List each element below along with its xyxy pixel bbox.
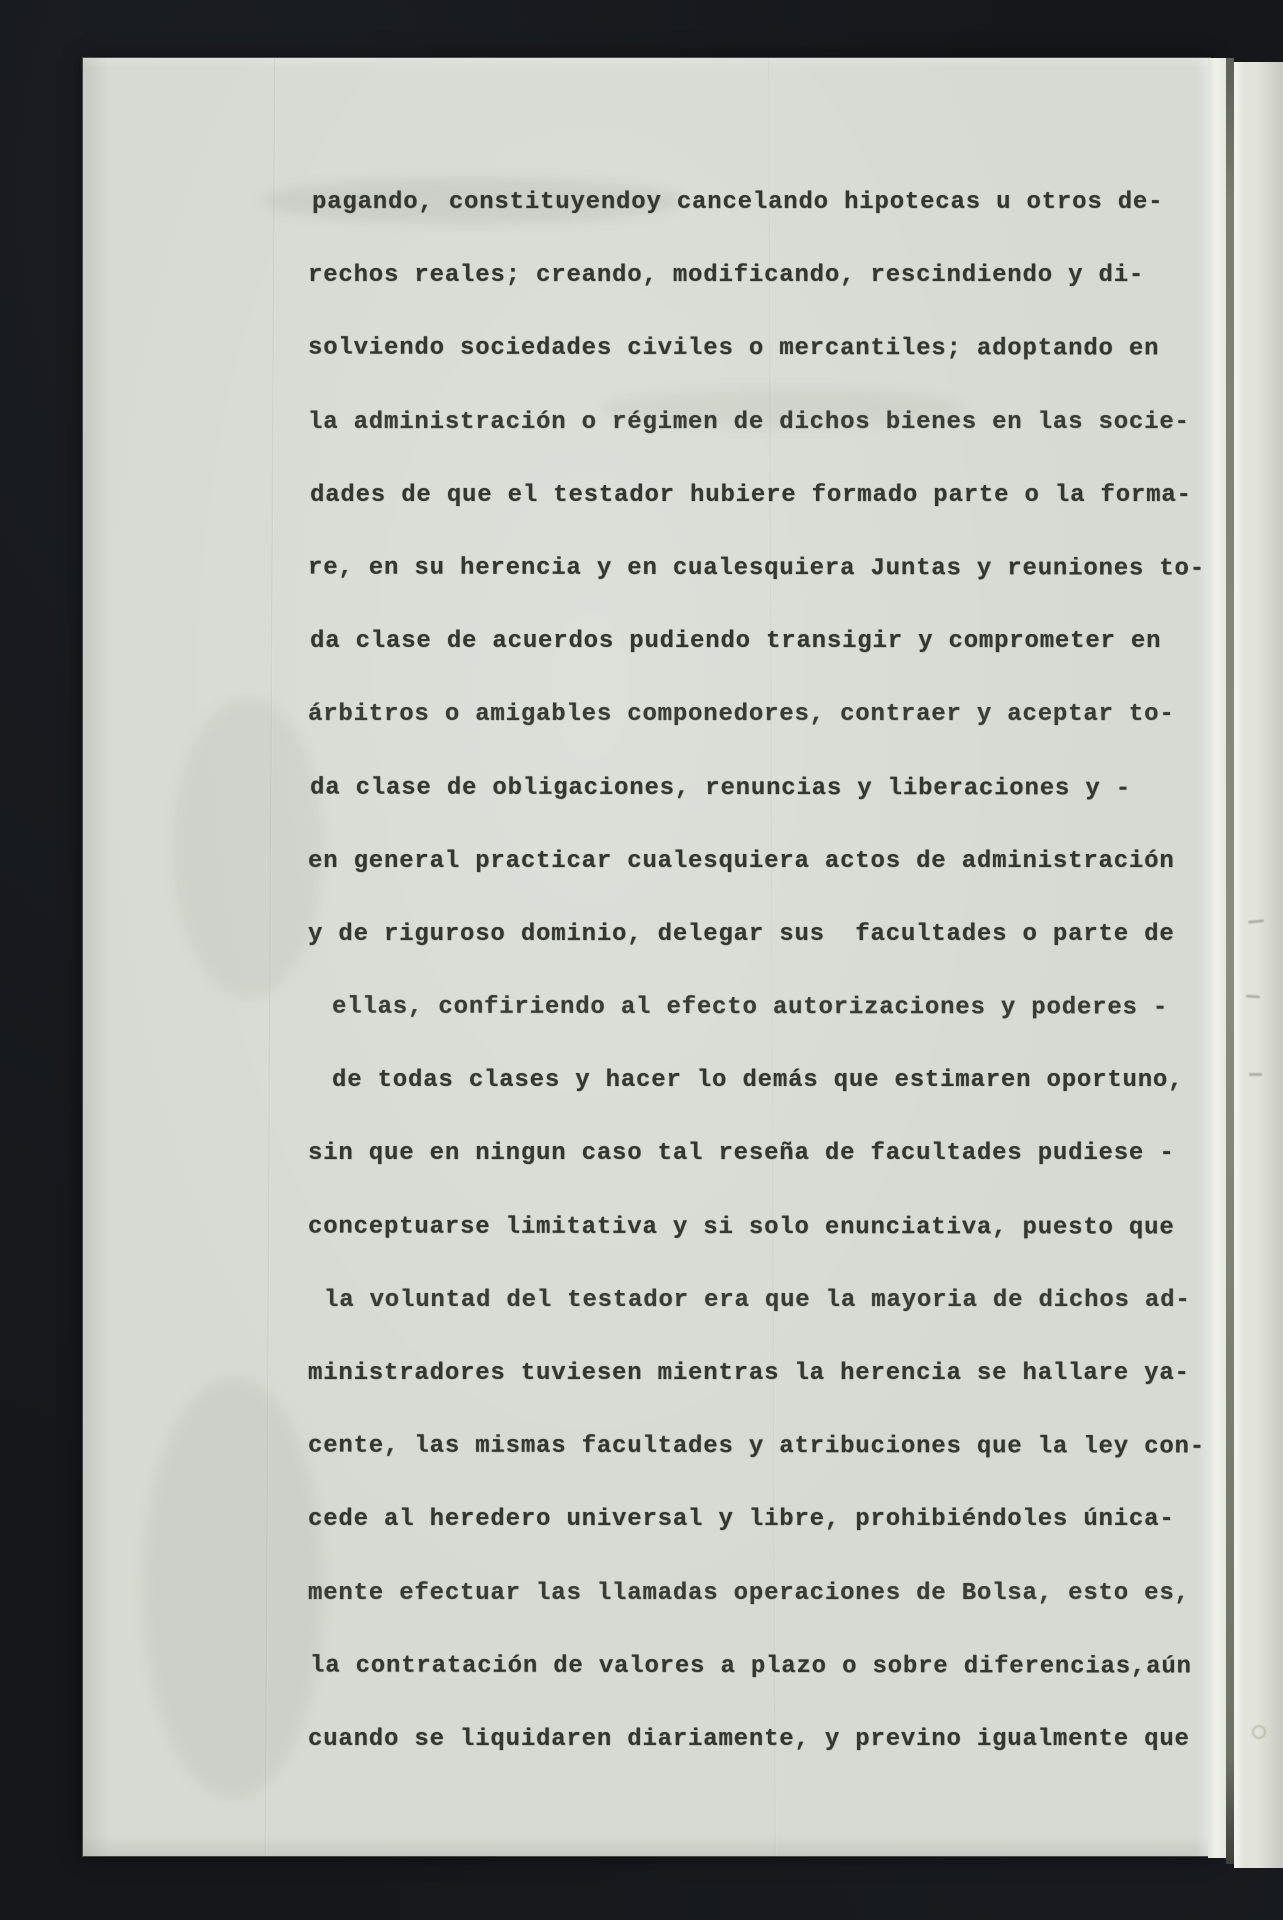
text-line: sin que en ningun caso tal reseña de fac… bbox=[308, 1117, 1210, 1190]
bleed-mark bbox=[1246, 995, 1260, 999]
text-line: cente, las mismas facultades y atribucio… bbox=[308, 1410, 1210, 1484]
text-line: mente efectuar las llamadas operaciones … bbox=[308, 1557, 1210, 1630]
scanned-document-photo: pagando, constituyendoy cancelando hipot… bbox=[0, 0, 1283, 1920]
text-line: ministradores tuviesen mientras la heren… bbox=[308, 1337, 1210, 1410]
text-line: la voluntad del testador era que la mayo… bbox=[324, 1264, 1210, 1337]
text-line: re, en su herencia y en cualesquiera Jun… bbox=[308, 531, 1210, 605]
typewritten-text-block: pagando, constituyendoy cancelando hipot… bbox=[83, 58, 1210, 1776]
bleed-mark bbox=[1249, 1073, 1262, 1076]
text-line: conceptuarse limitativa y si solo enunci… bbox=[308, 1190, 1210, 1264]
text-line: ellas, confiriendo al efecto autorizacio… bbox=[332, 971, 1210, 1045]
page-fold-shadow bbox=[1226, 58, 1234, 1864]
text-line: da clase de acuerdos pudiendo transigir … bbox=[310, 605, 1210, 678]
text-line: solviendo sociedades civiles o mercantil… bbox=[308, 312, 1210, 386]
text-line: dades de que el testador hubiere formado… bbox=[310, 459, 1210, 532]
text-line: la contratación de valores a plazo o sob… bbox=[310, 1629, 1210, 1703]
page-fold-highlight bbox=[1208, 58, 1226, 1858]
bleed-mark bbox=[1252, 1725, 1266, 1739]
text-line: la administración o régimen de dichos bi… bbox=[308, 386, 1210, 459]
text-line: da clase de obligaciones, renuncias y li… bbox=[310, 751, 1210, 825]
text-line: de todas clases y hacer lo demás que est… bbox=[332, 1044, 1210, 1117]
document-page: pagando, constituyendoy cancelando hipot… bbox=[83, 58, 1210, 1856]
text-line: cede al heredero universal y libre, proh… bbox=[308, 1483, 1210, 1556]
text-line: pagando, constituyendoy cancelando hipot… bbox=[312, 166, 1210, 239]
bleed-mark bbox=[1248, 919, 1264, 924]
next-page-edge bbox=[1234, 62, 1283, 1868]
text-line: cuando se liquidaren diariamente, y prev… bbox=[308, 1703, 1210, 1776]
text-line: árbitros o amigables componedores, contr… bbox=[308, 678, 1210, 751]
text-line: en general practicar cualesquiera actos … bbox=[308, 825, 1210, 898]
text-line: rechos reales; creando, modificando, res… bbox=[308, 239, 1210, 312]
text-line: y de riguroso dominio, delegar sus facul… bbox=[308, 898, 1210, 971]
